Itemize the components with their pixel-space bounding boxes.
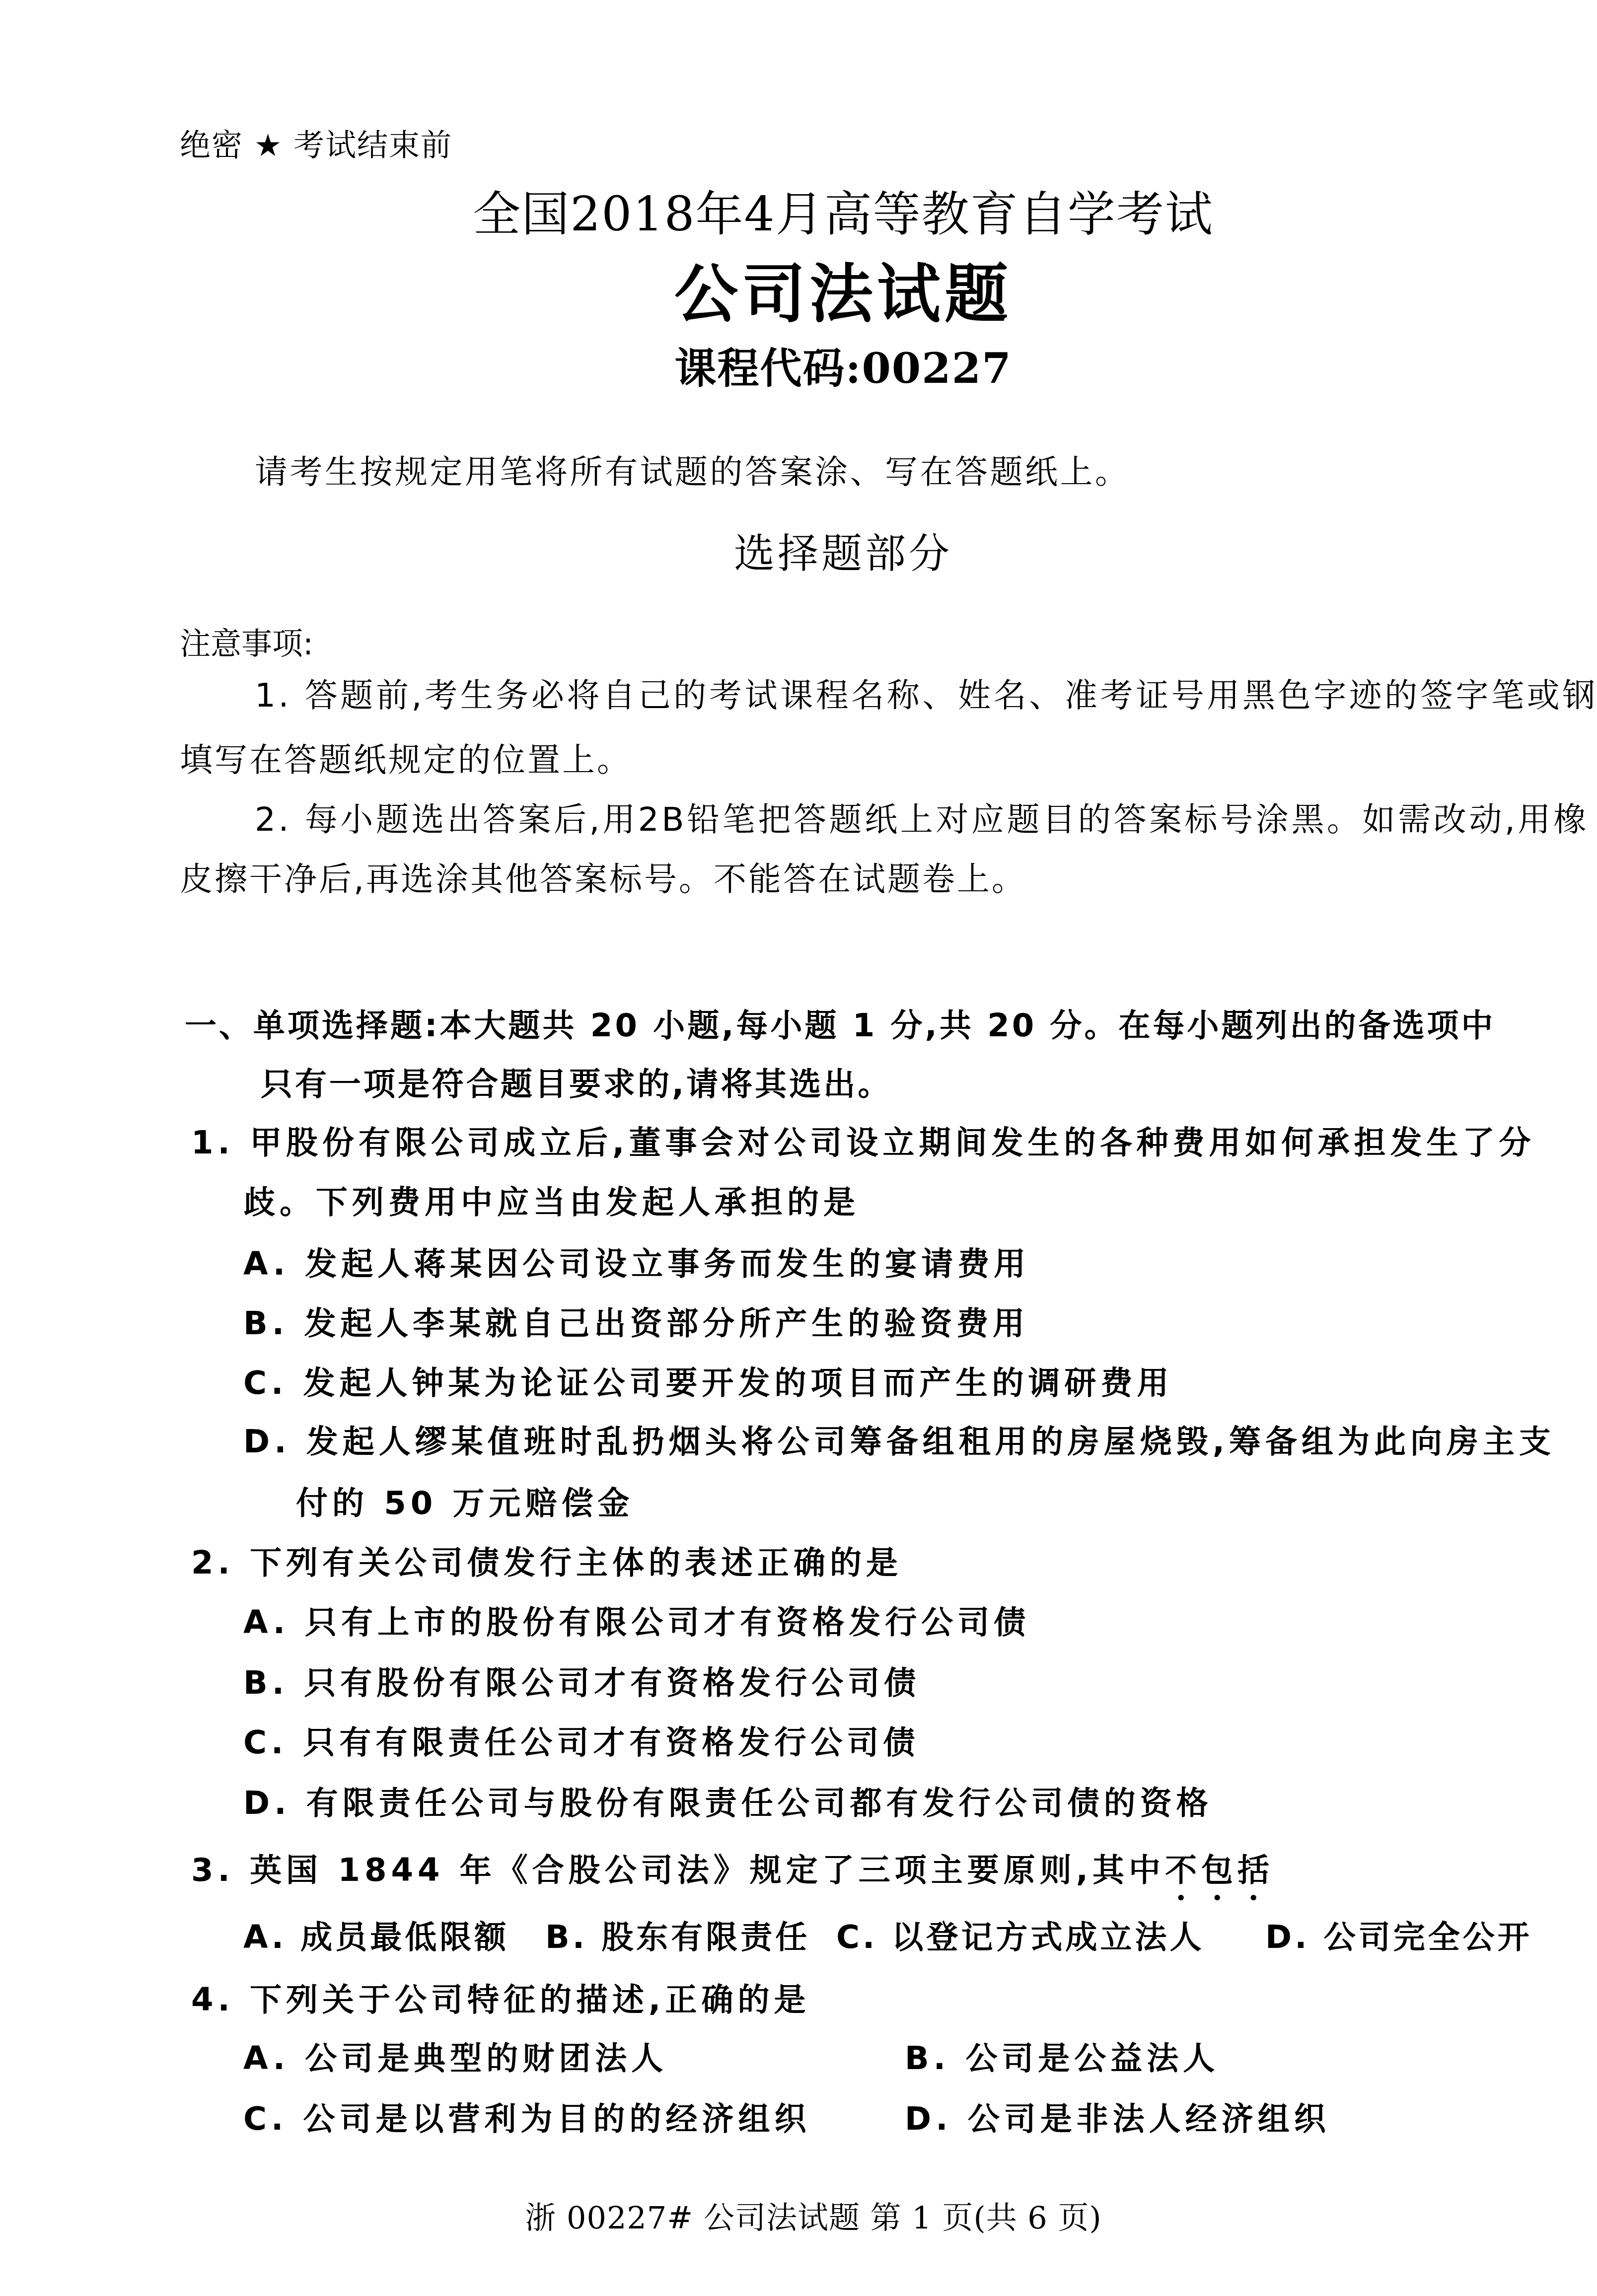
question-1-stem-line-2: 歧。下列费用中应当由发起人承担的是 — [243, 1187, 860, 1219]
question-1-stem-line-1: 1. 甲股份有限公司成立后,董事会对公司设立期间发生的各种费用如何承担发生了分 — [191, 1127, 1535, 1159]
notices-heading: 注意事项: — [180, 629, 313, 659]
question-1-option-d-continued: 付的 50 万元赔偿金 — [296, 1488, 634, 1519]
question-3-option-a: A. 成员最低限额 — [243, 1922, 509, 1953]
question-1-option-a: A. 发起人蒋某因公司设立事务而发生的宴请费用 — [243, 1248, 1030, 1280]
question-3-option-b: B. 股东有限责任 — [545, 1922, 810, 1953]
exam-title: 全国2018年4月高等教育自学考试 — [0, 190, 1597, 238]
question-3-option-d: D. 公司完全公开 — [1265, 1922, 1532, 1953]
question-4-stem: 4. 下列关于公司特征的描述,正确的是 — [191, 1984, 810, 2016]
notice-2-line-2: 皮擦干净后,再选涂其他答案标号。不能答在试题卷上。 — [180, 863, 1026, 896]
confidential-label: 绝密 ★ 考试结束前 — [180, 130, 452, 161]
question-3-option-c: C. 以登记方式成立法人 — [836, 1922, 1205, 1953]
paper-title: 公司法试题 — [0, 263, 1597, 327]
question-1-option-d: D. 发起人缪某值班时乱扔烟头将公司筹备组租用的房屋烧毁,筹备组为此向房主支 — [243, 1426, 1555, 1458]
section-heading-line-1: 一、单项选择题:本大题共 20 小题,每小题 1 分,共 20 分。在每小题列出… — [185, 1010, 1496, 1042]
section-heading-line-2: 只有一项是符合题目要求的,请将其选出。 — [261, 1069, 892, 1100]
question-2-option-a: A. 只有上市的股份有限公司才有资格发行公司债 — [243, 1607, 1030, 1639]
question-4-option-c: C. 公司是以营利为目的的经济组织 — [243, 2103, 811, 2135]
general-instruction: 请考生按规定用笔将所有试题的答案涂、写在答题纸上。 — [255, 456, 1130, 489]
part-title: 选择题部分 — [0, 534, 1597, 574]
question-4-option-b: B. 公司是公益法人 — [905, 2043, 1219, 2075]
question-2-option-c: C. 只有有限责任公司才有资格发行公司债 — [243, 1727, 920, 1759]
question-3-emphasis: 不包括 — [1165, 1852, 1274, 1889]
question-2-option-b: B. 只有股份有限公司才有资格发行公司债 — [243, 1667, 920, 1699]
question-4-option-a: A. 公司是典型的财团法人 — [243, 2043, 667, 2075]
question-1-option-c: C. 发起人钟某为论证公司要开发的项目而产生的调研费用 — [243, 1367, 1173, 1399]
question-3-stem-text: 3. 英国 1844 年《合股公司法》规定了三项主要原则,其中 — [191, 1852, 1165, 1889]
question-3-stem: 3. 英国 1844 年《合股公司法》规定了三项主要原则,其中不包括 — [191, 1852, 1274, 1908]
question-2-option-d: D. 有限责任公司与股份有限责任公司都有发行公司债的资格 — [243, 1788, 1213, 1819]
question-2-stem: 2. 下列有关公司债发行主体的表述正确的是 — [191, 1547, 902, 1579]
question-4-option-d: D. 公司是非法人经济组织 — [905, 2103, 1330, 2135]
page-footer: 浙 00227# 公司法试题 第 1 页(共 6 页) — [0, 2203, 1597, 2233]
course-code: 课程代码:00227 — [0, 348, 1597, 389]
question-1-option-b: B. 发起人李某就自己出资部分所产生的验资费用 — [243, 1308, 1029, 1340]
notice-1-line-2: 填写在答题纸规定的位置上。 — [180, 744, 632, 777]
notice-1-line-1: 1. 答题前,考生务必将自己的考试课程名称、姓名、准考证号用黑色字迹的签字笔或钢… — [255, 679, 1597, 712]
notice-2-line-1: 2. 每小题选出答案后,用2B铅笔把答题纸上对应题目的答案标号涂黑。如需改动,用… — [255, 803, 1589, 836]
